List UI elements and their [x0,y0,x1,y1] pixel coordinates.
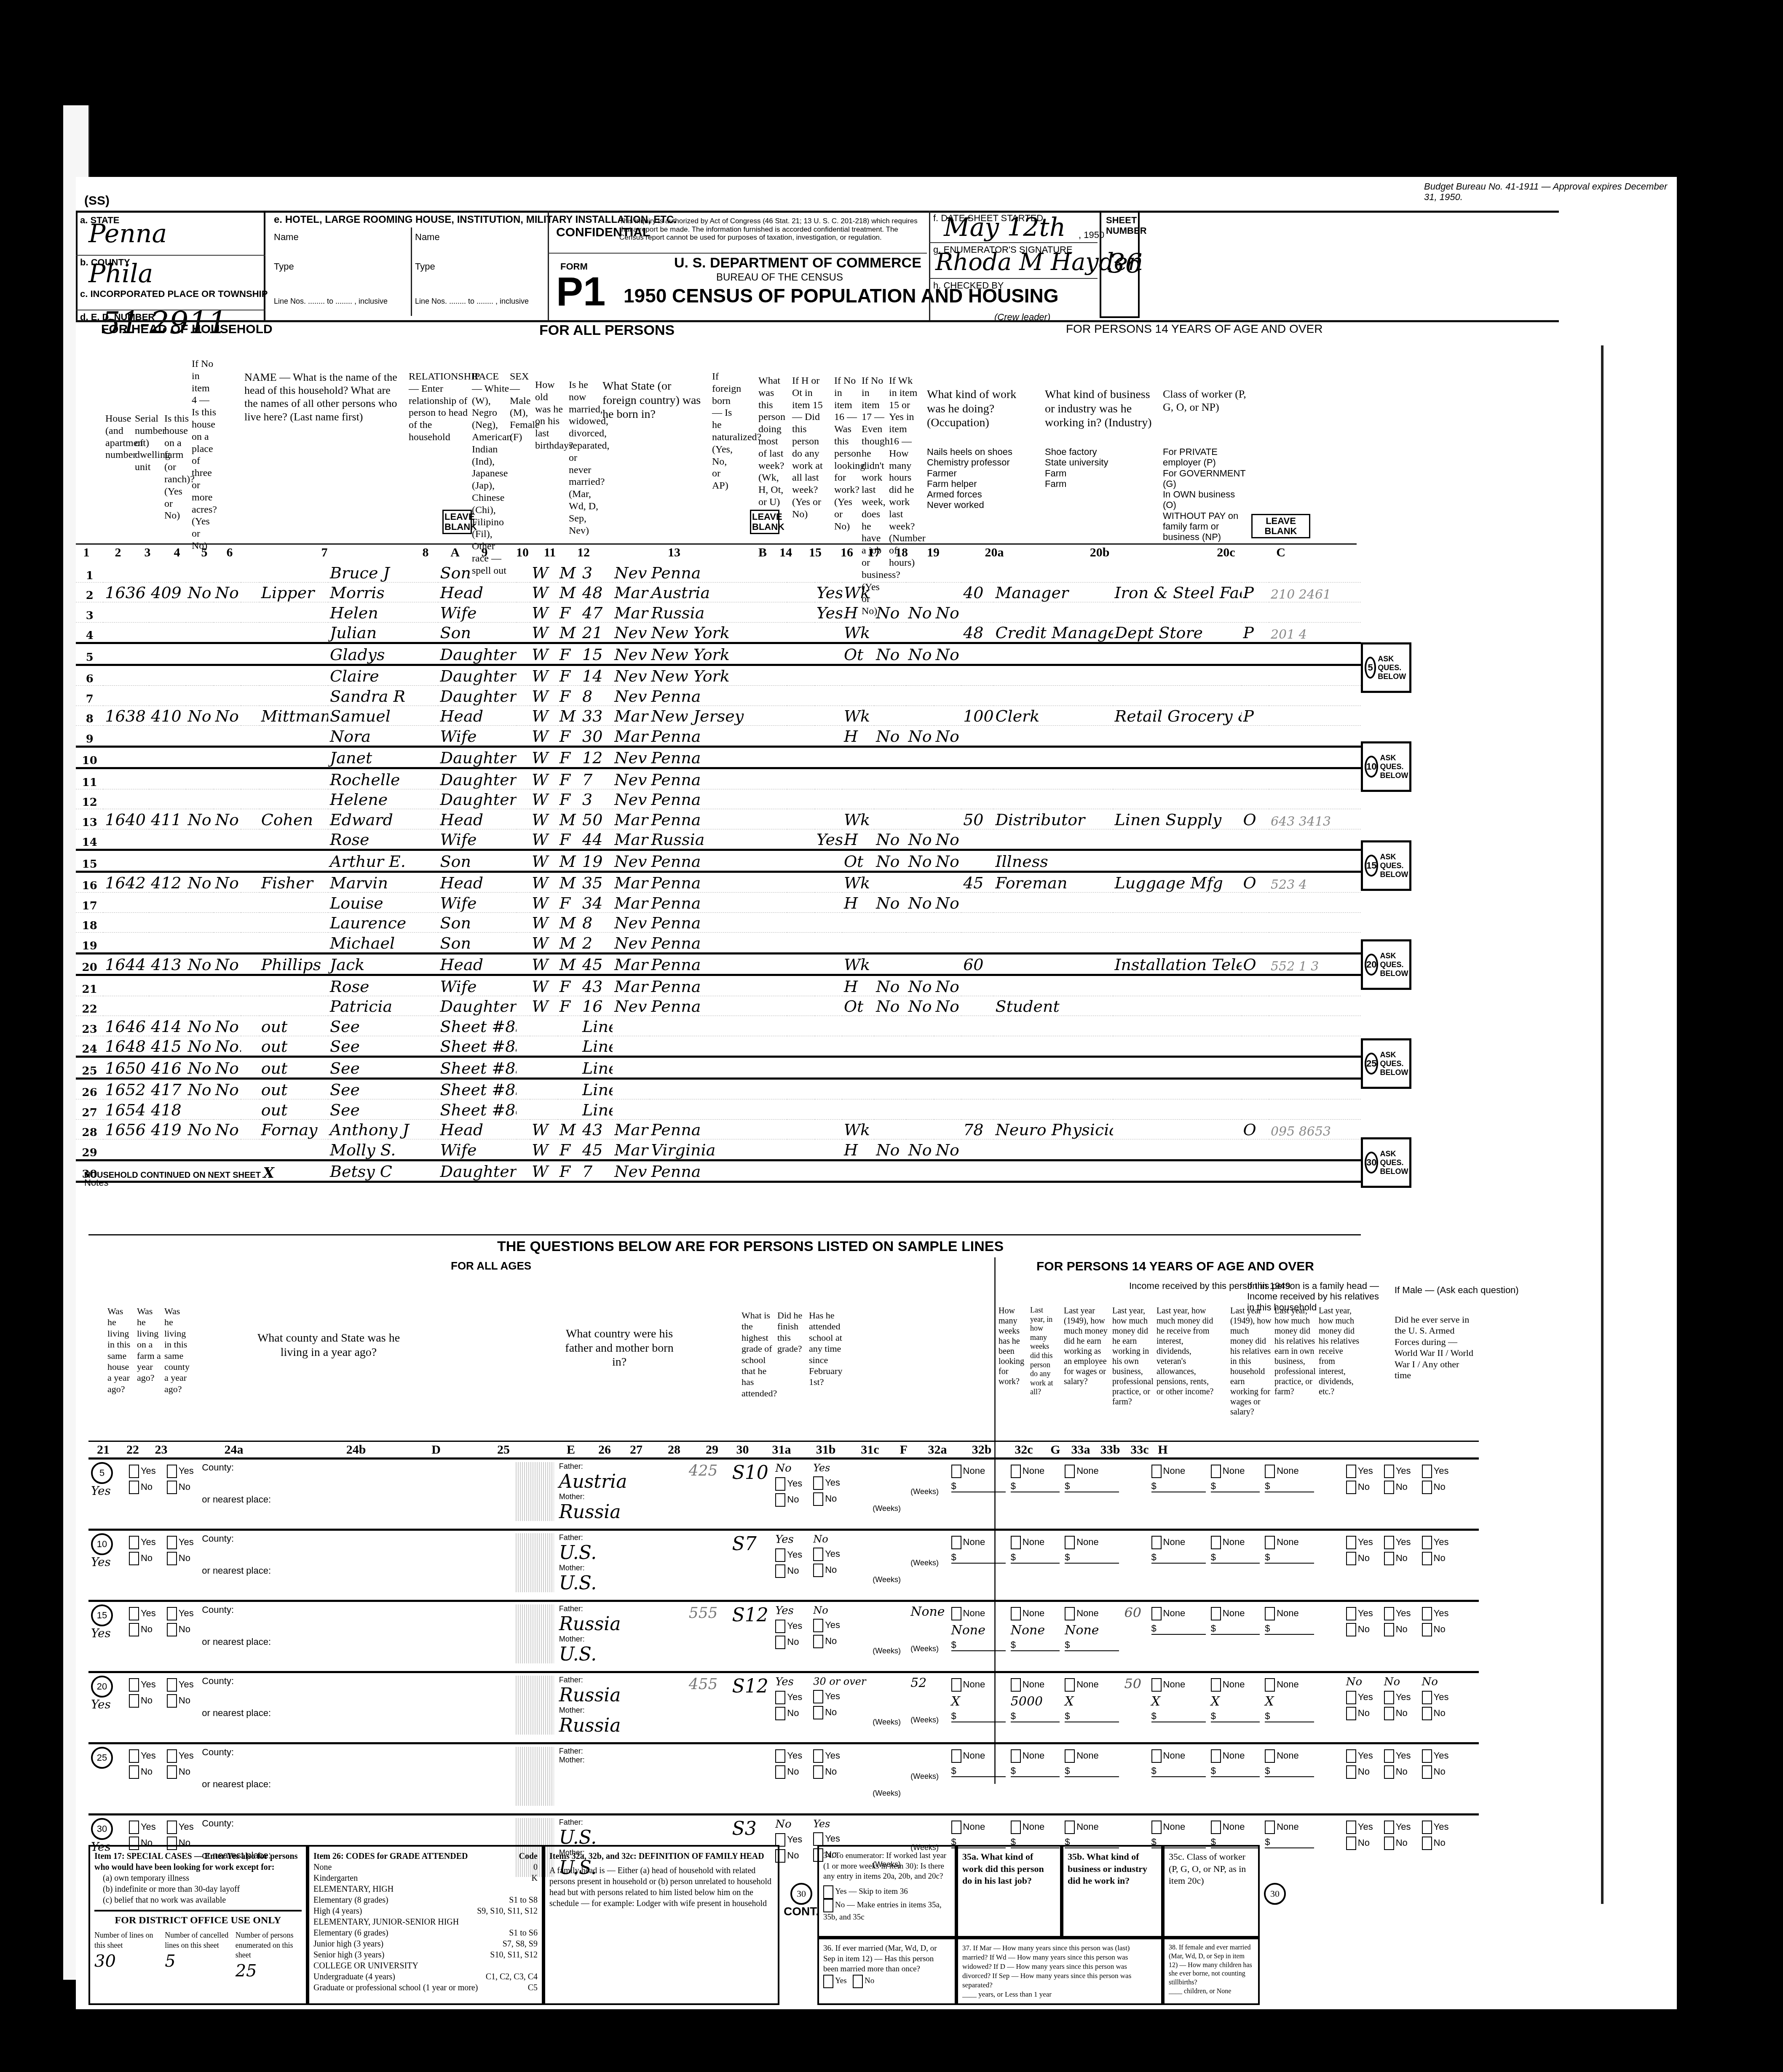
cell-rel[interactable]: Daughter [438,768,516,789]
cell-c15[interactable]: H [842,975,874,996]
cell-marital[interactable]: Mar [613,602,649,623]
cell-birth[interactable] [650,1099,787,1120]
cell-_a[interactable] [517,1016,530,1036]
cell-_a[interactable] [517,768,530,789]
q34-no-checkbox[interactable] [823,1899,833,1912]
cell-c17[interactable] [906,562,934,582]
cell-hours[interactable] [961,829,993,850]
cell-c15[interactable]: Wk [842,706,874,726]
cell-farm[interactable]: No [186,809,213,829]
cell-name_last[interactable] [260,602,328,623]
cell-_b[interactable] [787,622,814,643]
no-checkbox[interactable] [129,1765,139,1779]
cell-serial[interactable] [149,893,186,913]
cell-code[interactable]: 523 4 [1269,872,1361,893]
cell-acres[interactable] [214,768,241,789]
cell-_a[interactable] [517,1139,530,1160]
cell-occ[interactable] [993,602,1113,623]
cell-race[interactable]: W [530,582,557,602]
cell-_b[interactable] [787,893,814,913]
yes-checkbox[interactable] [813,1749,823,1763]
cell-c16[interactable]: No [874,850,906,872]
cell-c18[interactable] [934,665,961,686]
cell-name_last[interactable] [260,1139,328,1160]
yes-checkbox[interactable] [1384,1607,1394,1620]
cell-rel[interactable]: Son [438,622,516,643]
cell-ind[interactable] [1113,996,1242,1016]
cell-birth[interactable]: Penna [650,1119,787,1139]
none-checkbox[interactable] [951,1607,961,1620]
cell-code[interactable] [1269,768,1361,789]
cell-rel[interactable]: Daughter [438,746,516,768]
cell-house[interactable] [103,643,149,665]
cell-c17[interactable] [906,912,934,933]
mother-birthplace[interactable]: Russia [559,1501,684,1523]
cell-c18[interactable] [934,1078,961,1099]
cell-name[interactable]: Rochelle [328,768,438,789]
cell-name[interactable]: Arthur E. [328,850,438,872]
cell-c18[interactable] [934,562,961,582]
cell-serial[interactable]: 411 [149,809,186,829]
cell-serial[interactable] [149,850,186,872]
cell-agri[interactable] [241,582,260,602]
cell-acres[interactable]: No [214,706,241,726]
none-checkbox[interactable] [951,1536,961,1549]
cell-ind[interactable] [1113,850,1242,872]
cell-race[interactable]: W [530,686,557,706]
cell-col14[interactable] [815,746,842,768]
cell-acres[interactable] [214,912,241,933]
cell-c15[interactable] [842,746,874,768]
cell-c18[interactable] [934,582,961,602]
cell-agri[interactable] [241,872,260,893]
cell-serial[interactable]: 415 [149,1036,186,1057]
cell-c16[interactable]: No [874,643,906,665]
cell-sex[interactable] [558,1078,581,1099]
cell-acres[interactable] [214,686,241,706]
cell-c15[interactable] [842,1078,874,1099]
cell-sex[interactable]: M [558,809,581,829]
cell-sex[interactable] [558,1099,581,1120]
no-checkbox[interactable] [1422,1481,1432,1494]
cell-race[interactable]: W [530,562,557,582]
cell-serial[interactable] [149,602,186,623]
cell-birth[interactable] [650,1078,787,1099]
yes-checkbox[interactable] [167,1678,177,1692]
cell-birth[interactable]: Penna [650,975,787,996]
cell-race[interactable]: W [530,643,557,665]
yes-checkbox[interactable] [129,1607,139,1620]
cell-race[interactable]: W [530,1119,557,1139]
cell-name_last[interactable]: Cohen [260,809,328,829]
cell-code[interactable] [1269,1036,1361,1057]
cell-rel[interactable]: Head [438,953,516,975]
cell-code[interactable] [1269,686,1361,706]
cell-rel[interactable]: Sheet #85 [438,1078,516,1099]
cell-cls[interactable] [1242,789,1269,809]
cell-c18[interactable] [934,1160,961,1182]
cell-serial[interactable] [149,975,186,996]
cell-marital[interactable]: Nev [613,622,649,643]
none-checkbox[interactable] [1065,1678,1075,1692]
cell-c16[interactable]: No [874,975,906,996]
cell-age[interactable]: 33 [581,706,613,726]
yes-checkbox[interactable] [167,1607,177,1620]
cell-code[interactable] [1269,1099,1361,1120]
cell-rel[interactable]: Head [438,872,516,893]
cell-name_last[interactable]: out [260,1057,328,1079]
cell-marital[interactable]: Nev [613,996,649,1016]
cell-name_last[interactable] [260,726,328,747]
weeks-worked[interactable]: 52 [910,1676,946,1690]
cell-serial[interactable] [149,912,186,933]
county-value[interactable]: Phila [88,259,153,289]
cell-name[interactable]: Louise [328,893,438,913]
cell-house[interactable] [103,912,149,933]
cell-marital[interactable]: Nev [613,746,649,768]
cell-race[interactable]: W [530,665,557,686]
cell-age[interactable]: 12 [581,746,613,768]
cell-acres[interactable] [214,665,241,686]
cell-farm[interactable] [186,912,213,933]
cell-acres[interactable] [214,789,241,809]
cell-cls[interactable]: P [1242,582,1269,602]
none-checkbox[interactable] [1151,1749,1162,1763]
cell-code[interactable] [1269,1057,1361,1079]
finished-grade[interactable]: No [775,1462,808,1475]
cell-_a[interactable] [517,809,530,829]
cell-c18[interactable]: No [934,850,961,872]
cell-marital[interactable]: Mar [613,829,649,850]
cell-sex[interactable] [558,1057,581,1079]
cell-_a[interactable] [517,953,530,975]
cell-serial[interactable]: 409 [149,582,186,602]
cell-code[interactable] [1269,996,1361,1016]
cell-agri[interactable] [241,850,260,872]
cell-hours[interactable] [961,602,993,623]
cell-_a[interactable] [517,893,530,913]
cell-_b[interactable] [787,953,814,975]
yes-checkbox[interactable] [1422,1465,1432,1478]
cell-_b[interactable] [787,1036,814,1057]
none-checkbox[interactable] [1065,1607,1075,1620]
cell-house[interactable] [103,975,149,996]
cell-name_last[interactable]: Phillips [260,953,328,975]
cell-marital[interactable] [613,1057,649,1079]
cell-birth[interactable]: Penna [650,768,787,789]
cell-marital[interactable]: Nev [613,789,649,809]
cell-cls[interactable]: O [1242,872,1269,893]
cell-agri[interactable] [241,1099,260,1120]
cell-name[interactable]: Samuel [328,706,438,726]
cell-col14[interactable] [815,1057,842,1079]
cell-race[interactable]: W [530,829,557,850]
cell-sex[interactable]: M [558,850,581,872]
cell-_a[interactable] [517,602,530,623]
yes-checkbox[interactable] [1384,1465,1394,1478]
cell-age[interactable]: 34 [581,893,613,913]
none-checkbox[interactable] [1011,1536,1021,1549]
state-value[interactable]: Penna [88,219,167,249]
cell-c17[interactable] [906,1099,934,1120]
cell-_b[interactable] [787,872,814,893]
cell-serial[interactable]: 417 [149,1078,186,1099]
cell-c16[interactable] [874,1099,906,1120]
cell-name_last[interactable] [260,562,328,582]
cell-birth[interactable]: Penna [650,996,787,1016]
cell-name[interactable]: Sandra R [328,686,438,706]
weeks-worked[interactable]: None [910,1604,946,1619]
cell-c18[interactable] [934,686,961,706]
cell-name_last[interactable] [260,933,328,954]
cell-col14[interactable] [815,726,842,747]
lines-on-sheet[interactable]: 30 [94,1950,161,1972]
cell-_a[interactable] [517,789,530,809]
cell-name[interactable]: Gladys [328,643,438,665]
cell-serial[interactable] [149,996,186,1016]
yes-checkbox[interactable] [1422,1821,1432,1834]
cell-house[interactable] [103,789,149,809]
cell-marital[interactable]: Nev [613,643,649,665]
cell-col14[interactable] [815,665,842,686]
cell-marital[interactable] [613,1078,649,1099]
cell-agri[interactable] [241,1139,260,1160]
cell-name[interactable]: See [328,1036,438,1057]
cell-_b[interactable] [787,996,814,1016]
cell-cls[interactable] [1242,562,1269,582]
cell-name_last[interactable] [260,996,328,1016]
cell-birth[interactable]: Penna [650,953,787,975]
cell-acres[interactable] [214,622,241,643]
cell-code[interactable]: 210 2461 [1269,582,1361,602]
cell-race[interactable]: W [530,746,557,768]
cell-c15[interactable]: H [842,829,874,850]
cell-c17[interactable]: No [906,829,934,850]
cell-cls[interactable]: O [1242,1119,1269,1139]
yes-checkbox[interactable] [813,1832,823,1846]
none-checkbox[interactable] [1011,1821,1021,1834]
father-birthplace[interactable]: U.S. [559,1542,684,1564]
cell-_a[interactable] [517,706,530,726]
cell-farm[interactable]: No [186,1016,213,1036]
cell-col14[interactable] [815,686,842,706]
cell-col14[interactable] [815,1139,842,1160]
cell-farm[interactable] [186,746,213,768]
cell-c17[interactable]: No [906,726,934,747]
cell-c18[interactable]: No [934,996,961,1016]
cell-cls[interactable] [1242,768,1269,789]
cell-sex[interactable]: F [558,686,581,706]
cell-marital[interactable] [613,1016,649,1036]
cell-name[interactable]: Laurence [328,912,438,933]
q34-yes-checkbox[interactable] [823,1885,833,1899]
cell-birth[interactable]: Penna [650,746,787,768]
cell-birth[interactable] [650,1057,787,1079]
none-checkbox[interactable] [1151,1607,1162,1620]
cell-c16[interactable] [874,746,906,768]
cell-sex[interactable]: F [558,602,581,623]
cell-code[interactable] [1269,746,1361,768]
cell-occ[interactable] [993,1036,1113,1057]
cell-name[interactable]: Patricia [328,996,438,1016]
cell-name[interactable]: Helene [328,789,438,809]
cell-code[interactable] [1269,643,1361,665]
cell-_b[interactable] [787,726,814,747]
no-checkbox[interactable] [813,1635,823,1648]
cell-_b[interactable] [787,789,814,809]
no-checkbox[interactable] [129,1623,139,1636]
cell-house[interactable] [103,768,149,789]
cell-code[interactable] [1269,602,1361,623]
cell-house[interactable] [103,665,149,686]
no-checkbox[interactable] [775,1636,785,1649]
cell-c17[interactable]: No [906,602,934,623]
cell-birth[interactable]: New York [650,643,787,665]
cell-name[interactable]: See [328,1099,438,1120]
cell-marital[interactable]: Nev [613,1160,649,1182]
cell-name[interactable]: See [328,1057,438,1079]
cell-sex[interactable] [558,1036,581,1057]
cell-ind[interactable] [1113,1036,1242,1057]
attended-school[interactable]: No [813,1533,867,1545]
cell-ind[interactable] [1113,1016,1242,1036]
c31b-value[interactable]: 5000 [1011,1694,1043,1709]
none-checkbox[interactable] [951,1749,961,1763]
cell-_b[interactable] [787,746,814,768]
cell-c15[interactable]: H [842,1139,874,1160]
yes-checkbox[interactable] [1346,1821,1356,1834]
cell-c16[interactable] [874,789,906,809]
none-checkbox[interactable] [1151,1821,1162,1834]
cell-c17[interactable] [906,1078,934,1099]
cell-c17[interactable] [906,1160,934,1182]
cell-sex[interactable]: F [558,893,581,913]
cell-sex[interactable]: F [558,975,581,996]
cell-_a[interactable] [517,726,530,747]
none-checkbox[interactable] [951,1821,961,1834]
c21-value[interactable]: Yes [91,1626,124,1640]
cell-ind[interactable] [1113,1139,1242,1160]
cell-agri[interactable] [241,686,260,706]
no-checkbox[interactable] [167,1765,177,1779]
yes-checkbox[interactable] [129,1536,139,1549]
cell-c17[interactable] [906,872,934,893]
cell-_a[interactable] [517,622,530,643]
cell-occ[interactable] [993,768,1113,789]
cell-age[interactable]: 15 [581,643,613,665]
cell-occ[interactable] [993,1099,1113,1120]
cell-hours[interactable]: 100 [961,706,993,726]
cell-ind[interactable]: Iron & Steel Factory [1113,582,1242,602]
cell-age[interactable]: 3 [581,562,613,582]
cell-col14[interactable]: Yes [815,582,842,602]
cell-house[interactable]: 1644 [103,953,149,975]
cell-marital[interactable]: Mar [613,893,649,913]
father-birthplace[interactable]: Russia [559,1613,684,1635]
grade-attended[interactable]: S7 [732,1533,771,1555]
cell-c16[interactable] [874,768,906,789]
finished-grade[interactable]: No [775,1818,808,1831]
cell-birth[interactable]: Penna [650,726,787,747]
cell-rel[interactable]: Wife [438,829,516,850]
grade-attended[interactable]: S12 [732,1676,771,1697]
cell-ind[interactable]: Luggage Mfg [1113,872,1242,893]
cell-ind[interactable] [1113,746,1242,768]
cell-serial[interactable] [149,726,186,747]
cell-code[interactable] [1269,912,1361,933]
cell-sex[interactable]: F [558,665,581,686]
cell-marital[interactable]: Nev [613,933,649,954]
cell-c15[interactable] [842,768,874,789]
cell-house[interactable] [103,933,149,954]
cell-sex[interactable]: F [558,643,581,665]
cell-race[interactable] [530,1036,557,1057]
cell-_a[interactable] [517,933,530,954]
cell-ind[interactable] [1113,912,1242,933]
cell-c15[interactable]: Ot [842,996,874,1016]
cell-race[interactable] [530,1099,557,1120]
cell-serial[interactable]: 414 [149,1016,186,1036]
cell-sex[interactable]: M [558,912,581,933]
cell-house[interactable] [103,686,149,706]
cell-rel[interactable]: Daughter [438,665,516,686]
cell-house[interactable] [103,996,149,1016]
cell-name[interactable]: Nora [328,726,438,747]
cell-birth[interactable]: Russia [650,602,787,623]
cell-ind[interactable] [1113,893,1242,913]
none-checkbox[interactable] [1211,1821,1221,1834]
cell-c15[interactable]: Wk [842,622,874,643]
none-checkbox[interactable] [1265,1536,1275,1549]
cell-acres[interactable] [214,726,241,747]
cell-c16[interactable] [874,1036,906,1057]
cell-agri[interactable] [241,829,260,850]
yes-checkbox[interactable] [1346,1749,1356,1763]
cell-acres[interactable]: No [214,809,241,829]
c32a-value[interactable]: X [1151,1694,1160,1709]
cell-house[interactable] [103,850,149,872]
yes-checkbox[interactable] [775,1620,785,1633]
cell-cls[interactable] [1242,996,1269,1016]
no-checkbox[interactable] [1384,1765,1394,1779]
yes-checkbox[interactable] [813,1619,823,1632]
cell-occ[interactable] [993,686,1113,706]
cell-c18[interactable] [934,1119,961,1139]
cell-farm[interactable]: No [186,1036,213,1057]
cell-birth[interactable]: Virginia [650,1139,787,1160]
mother-birthplace[interactable]: U.S. [559,1572,684,1594]
cell-farm[interactable] [186,933,213,954]
cell-sex[interactable] [558,1016,581,1036]
cell-serial[interactable]: 412 [149,872,186,893]
cell-name_last[interactable]: out [260,1078,328,1099]
cell-c16[interactable] [874,953,906,975]
grade-attended[interactable]: S12 [732,1604,771,1626]
none-checkbox[interactable] [1265,1749,1275,1763]
cell-c17[interactable] [906,953,934,975]
cell-marital[interactable]: Mar [613,1119,649,1139]
cell-code[interactable] [1269,829,1361,850]
yes-checkbox[interactable] [1384,1749,1394,1763]
cell-house[interactable]: 1640 [103,809,149,829]
cell-_a[interactable] [517,643,530,665]
cell-acres[interactable] [214,829,241,850]
cell-rel[interactable]: Sheet #83 [438,1036,516,1057]
cell-birth[interactable]: Penna [650,872,787,893]
cell-marital[interactable] [613,1036,649,1057]
no-checkbox[interactable] [129,1552,139,1565]
cell-c18[interactable]: No [934,643,961,665]
